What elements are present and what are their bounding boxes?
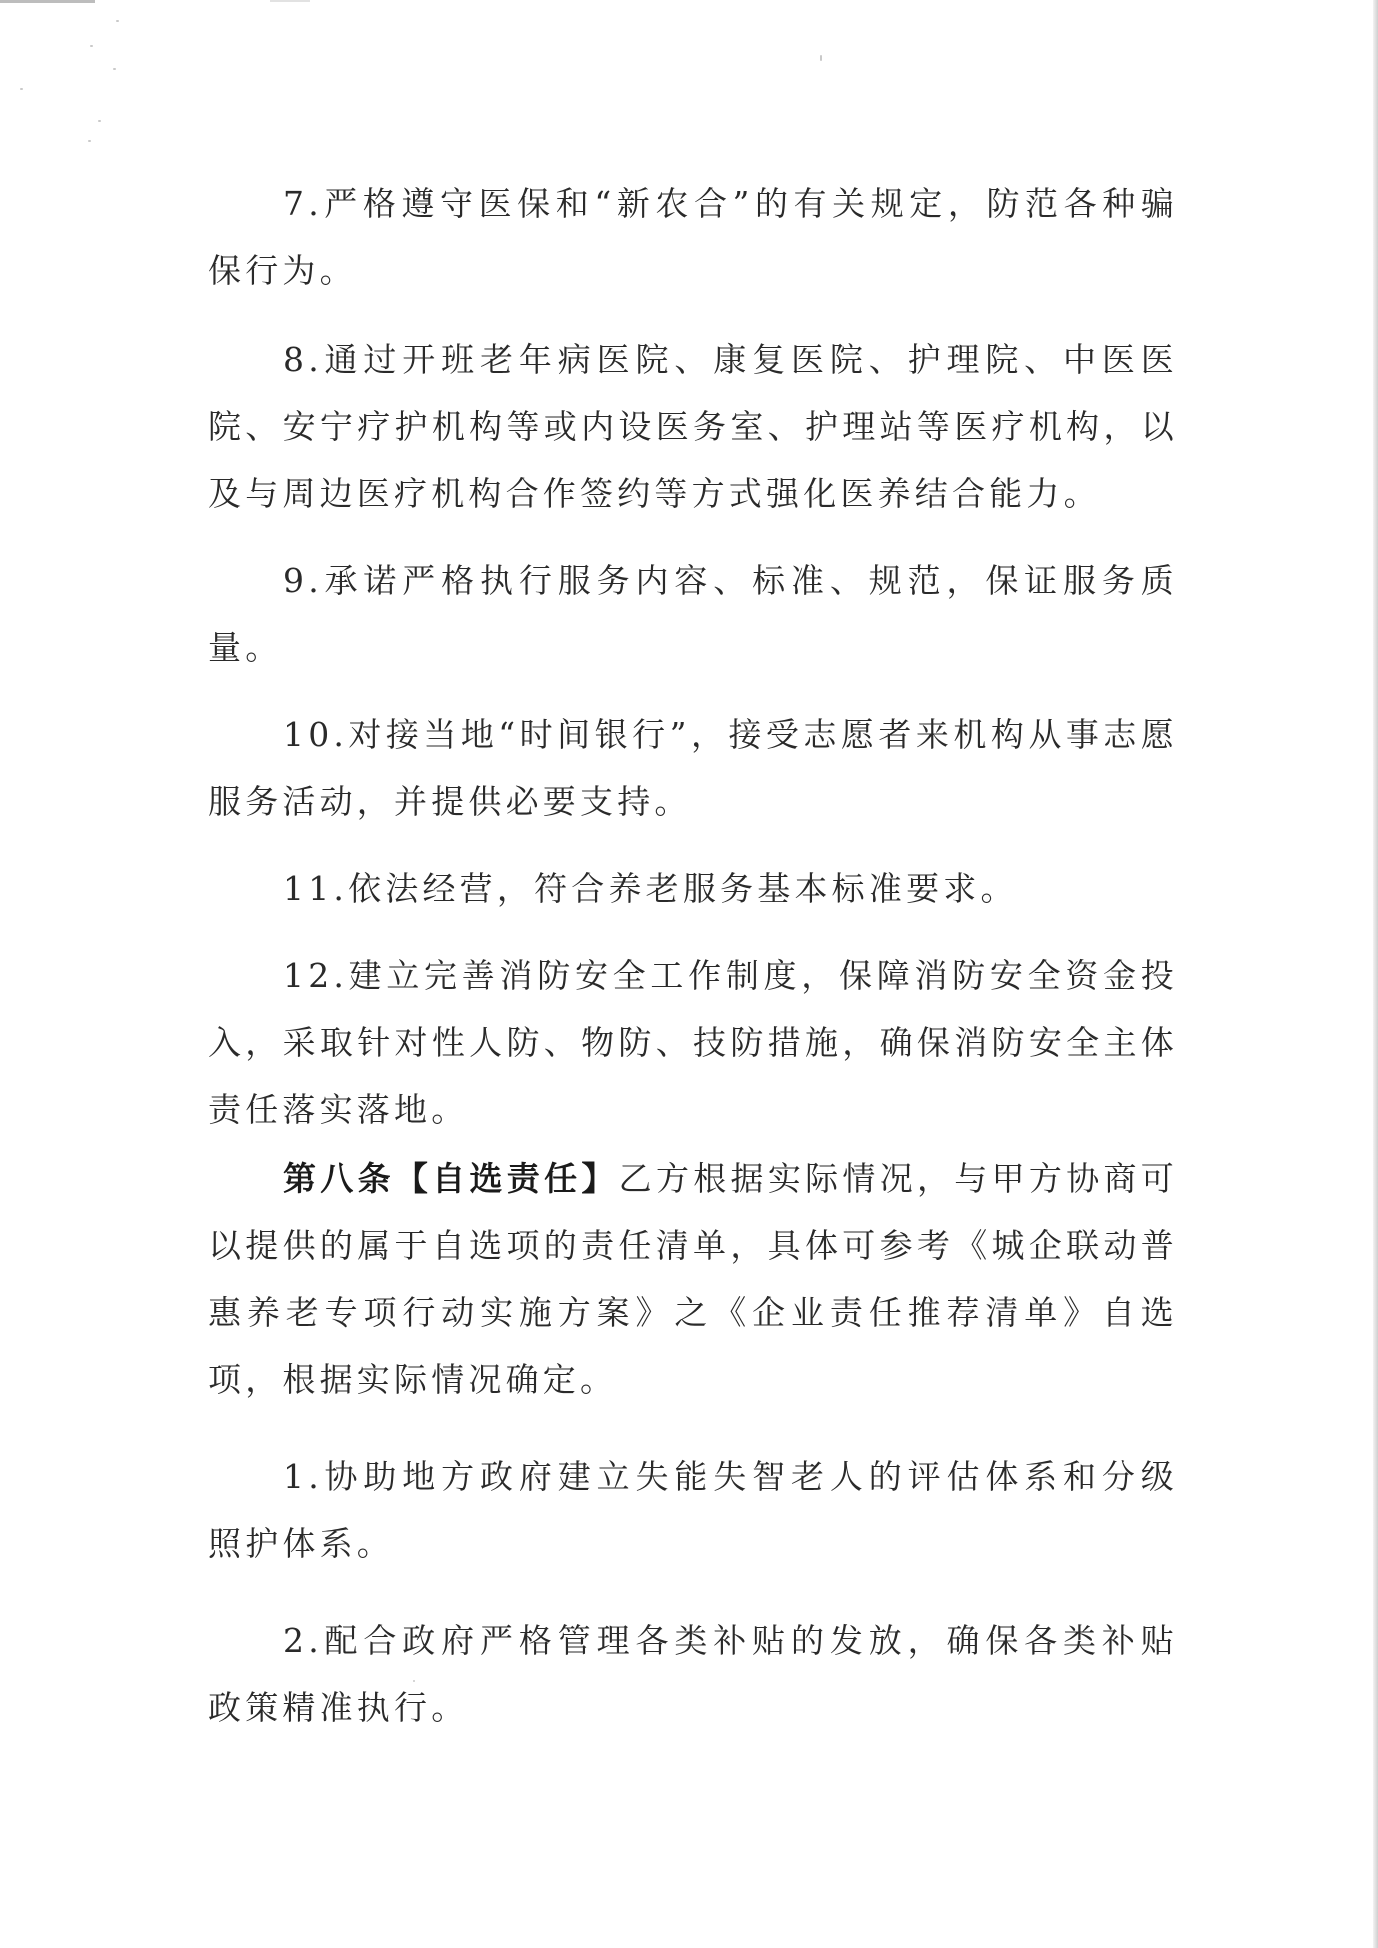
document-body: 7.严格遵守医保和“新农合”的有关规定，防范各种骗保行为。 8.通过开班老年病医… [208,170,1178,1741]
scan-edge-artifact [1373,0,1378,1948]
paragraph-item-8: 8.通过开班老年病医院、康复医院、护理院、中医医院、安宁疗护机构等或内设医务室、… [208,326,1178,527]
scan-edge-artifact [270,0,310,2]
paragraph-item-10: 10.对接当地“时间银行”，接受志愿者来机构从事志愿服务活动，并提供必要支持。 [208,701,1178,835]
article-8-heading: 第八条【自选责任】 [283,1159,619,1198]
article-8-paragraph: 第八条【自选责任】乙方根据实际情况，与甲方协商可以提供的属于自选项的责任清单，具… [208,1145,1178,1413]
scan-speck [820,55,822,61]
optional-item-1: 1.协助地方政府建立失能失智老人的评估体系和分级照护体系。 [208,1443,1178,1577]
optional-item-2: 2.配合政府严格管理各类补贴的发放，确保各类补贴政策精准执行。 [208,1607,1178,1741]
paragraph-item-7: 7.严格遵守医保和“新农合”的有关规定，防范各种骗保行为。 [208,170,1178,304]
scan-speck [90,45,93,47]
paragraph-item-11: 11.依法经营，符合养老服务基本标准要求。 [208,855,1178,922]
scan-speck [20,88,23,90]
scan-speck [116,20,119,22]
scan-speck [98,120,101,122]
paragraph-item-9: 9.承诺严格执行服务内容、标准、规范，保证服务质量。 [208,547,1178,681]
paragraph-item-12: 12.建立完善消防安全工作制度，保障消防安全资金投入，采取针对性人防、物防、技防… [208,942,1178,1143]
scanned-document-page: 7.严格遵守医保和“新农合”的有关规定，防范各种骗保行为。 8.通过开班老年病医… [0,0,1378,1948]
scan-edge-artifact [0,0,95,3]
scan-speck [113,68,116,70]
scan-speck [88,140,91,142]
